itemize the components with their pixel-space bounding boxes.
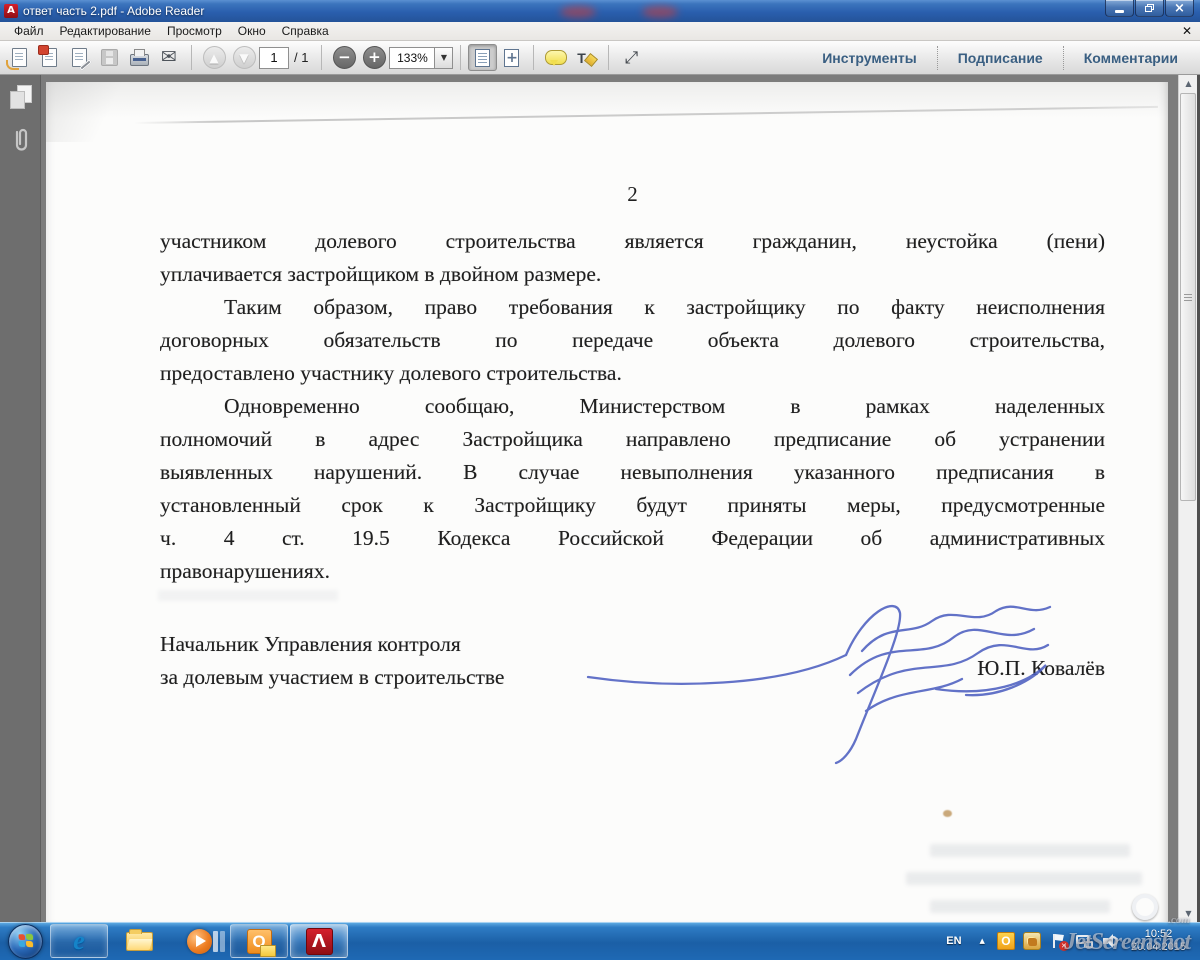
email-icon [161, 48, 177, 67]
time-label: 10:52 [1131, 928, 1186, 941]
highlight-sign-icon: T [577, 50, 596, 66]
show-hidden-icons-button[interactable] [972, 937, 993, 945]
menu-file[interactable]: Файл [6, 22, 52, 40]
close-icon: × [1174, 2, 1185, 15]
start-button[interactable] [8, 924, 43, 959]
menu-view[interactable]: Просмотр [159, 22, 230, 40]
document-viewer: 2 участником долевого строительства явля… [0, 75, 1200, 922]
taskbar-windows-explorer[interactable] [110, 924, 168, 958]
bleed-through-artifact [158, 590, 338, 601]
zoom-out-button[interactable]: − [329, 44, 359, 72]
scroll-down-icon[interactable]: ▼ [1179, 905, 1198, 922]
text-line: правонарушениях. [160, 555, 1105, 588]
watermark-artifact [560, 6, 596, 18]
zoom-level-value[interactable]: 133% [389, 47, 435, 69]
tab-sign[interactable]: Подписание [940, 50, 1061, 66]
save-icon [101, 49, 118, 66]
page-number-input[interactable] [259, 47, 289, 69]
text-line: установленный срок к Застройщику будут п… [160, 489, 1105, 522]
folder-icon [126, 932, 153, 951]
media-player-icon [187, 929, 212, 954]
adobe-reader-icon: Λ [306, 928, 333, 955]
toolbar-separator [608, 45, 609, 70]
text-line: договорных обязательств по передаче объе… [160, 324, 1105, 357]
menu-edit[interactable]: Редактирование [52, 22, 159, 40]
volume-icon[interactable] [1101, 932, 1119, 950]
internet-explorer-icon: e [66, 928, 93, 955]
scan-artifact [46, 82, 136, 142]
sign-document-button[interactable] [64, 44, 94, 72]
navigation-pane [0, 75, 41, 922]
text-line: ч. 4 ст. 19.5 Кодекса Российской Федерац… [160, 522, 1105, 555]
document-body: участником долевого строительства являет… [160, 225, 1105, 588]
comment-bubble-icon [545, 50, 567, 65]
tray-outlook-icon[interactable]: O [997, 932, 1015, 950]
toolbar-separator [321, 45, 322, 70]
scroll-mode-icon [475, 49, 490, 67]
previous-page-icon: ▲ [203, 46, 226, 69]
menu-help[interactable]: Справка [274, 22, 337, 40]
text-line: Таким образом, право требования к застро… [160, 291, 1105, 324]
action-center-flag-icon[interactable]: ✕ [1049, 932, 1067, 950]
scan-stain [943, 810, 952, 817]
title-bar: A ответ часть 2.pdf - Adobe Reader × [0, 0, 1200, 22]
zoom-in-icon: + [363, 46, 386, 69]
open-icon [12, 48, 27, 67]
zoom-dropdown-button[interactable] [435, 47, 453, 69]
print-icon [130, 54, 149, 66]
scan-artifact [46, 82, 1168, 118]
print-button[interactable] [124, 44, 154, 72]
previous-page-button[interactable]: ▲ [199, 44, 229, 72]
language-indicator[interactable]: EN [936, 935, 971, 947]
scroll-up-icon[interactable]: ▲ [1179, 75, 1198, 92]
menu-bar: Файл Редактирование Просмотр Окно Справк… [0, 22, 1200, 41]
restore-button[interactable] [1135, 0, 1164, 17]
tab-separator [937, 46, 938, 70]
signatory-title: Начальник Управления контроля за долевым… [160, 628, 504, 694]
vertical-scrollbar[interactable]: ▲ ▼ [1178, 75, 1197, 922]
window-title: ответ часть 2.pdf - Adobe Reader [23, 4, 204, 18]
adobe-reader-window: A ответ часть 2.pdf - Adobe Reader × Фай… [0, 0, 1200, 960]
toolbar-separator [533, 45, 534, 70]
minimize-icon [1115, 10, 1124, 13]
network-icon[interactable] [1075, 932, 1093, 950]
windows-logo-icon [18, 934, 34, 949]
create-pdf-button[interactable] [34, 44, 64, 72]
attachments-paperclip-icon[interactable] [11, 127, 31, 160]
watermark-artifact [642, 6, 678, 18]
text-line: предоставлено участнику долевого строите… [160, 357, 1105, 390]
tab-comments[interactable]: Комментарии [1066, 50, 1196, 66]
fullscreen-icon [625, 48, 639, 68]
toolbar-separator [191, 45, 192, 70]
scroll-mode-button[interactable] [468, 44, 497, 71]
page-thumbnails-icon[interactable] [10, 85, 32, 109]
text-line: полномочий в адрес Застройщика направлен… [160, 423, 1105, 456]
tool-panels: Инструменты Подписание Комментарии [804, 41, 1196, 74]
email-button[interactable] [154, 44, 184, 72]
restore-icon [1145, 4, 1154, 12]
text-line: выявленных нарушений. В случае невыполне… [160, 456, 1105, 489]
window-controls: × [1104, 0, 1194, 17]
zoom-out-icon: − [333, 46, 356, 69]
fit-page-icon [504, 49, 519, 67]
toolbar-separator [460, 45, 461, 70]
open-button[interactable] [4, 44, 34, 72]
text-line: уплачивается застройщиком в двойном разм… [160, 258, 1105, 291]
text-line: Одновременно сообщаю, Министерством в ра… [160, 390, 1105, 423]
taskbar-internet-explorer[interactable]: e [50, 924, 108, 958]
page-number-text: 2 [160, 182, 1105, 207]
fullscreen-button[interactable] [616, 44, 646, 72]
taskbar: e O Λ EN O ✕ 10:52 20.04.2015 [0, 922, 1200, 960]
create-pdf-icon [42, 48, 57, 67]
bleed-through-artifact [906, 872, 1142, 885]
handwritten-signature [580, 591, 1060, 766]
system-tray: EN O ✕ 10:52 20.04.2015 [936, 922, 1200, 960]
taskbar-media-player[interactable] [170, 924, 228, 958]
date-label: 20.04.2015 [1131, 941, 1186, 954]
highlight-sign-button[interactable]: T [571, 44, 601, 72]
bleed-through-artifact [930, 900, 1110, 913]
pdf-page: 2 участником долевого строительства явля… [46, 82, 1168, 922]
next-page-icon: ▼ [233, 46, 256, 69]
page-count-label: / 1 [294, 50, 308, 65]
outlook-icon: O [247, 929, 272, 954]
sign-document-icon [72, 48, 87, 67]
comment-button[interactable] [541, 44, 571, 72]
save-button[interactable] [94, 44, 124, 72]
taskbar-outlook[interactable]: O [230, 924, 288, 958]
bleed-through-artifact [930, 844, 1130, 857]
close-document-icon[interactable] [1182, 24, 1192, 38]
toolbar: ▲ ▼ / 1 − + 133% T Инструменты Подписани… [0, 41, 1200, 75]
clock[interactable]: 10:52 20.04.2015 [1123, 928, 1194, 954]
scrollbar-thumb[interactable] [1180, 93, 1196, 501]
tray-app-icon[interactable] [1023, 932, 1041, 950]
close-button[interactable]: × [1165, 0, 1194, 17]
fit-page-button[interactable] [497, 44, 526, 71]
menu-window[interactable]: Окно [230, 22, 274, 40]
next-page-button[interactable]: ▼ [229, 44, 259, 72]
tab-tools[interactable]: Инструменты [804, 50, 935, 66]
zoom-in-button[interactable]: + [359, 44, 389, 72]
tab-separator [1063, 46, 1064, 70]
minimize-button[interactable] [1105, 0, 1134, 17]
text-line: участником долевого строительства являет… [160, 225, 1105, 258]
taskbar-adobe-reader[interactable]: Λ [290, 924, 348, 958]
adobe-reader-app-icon: A [4, 4, 18, 18]
